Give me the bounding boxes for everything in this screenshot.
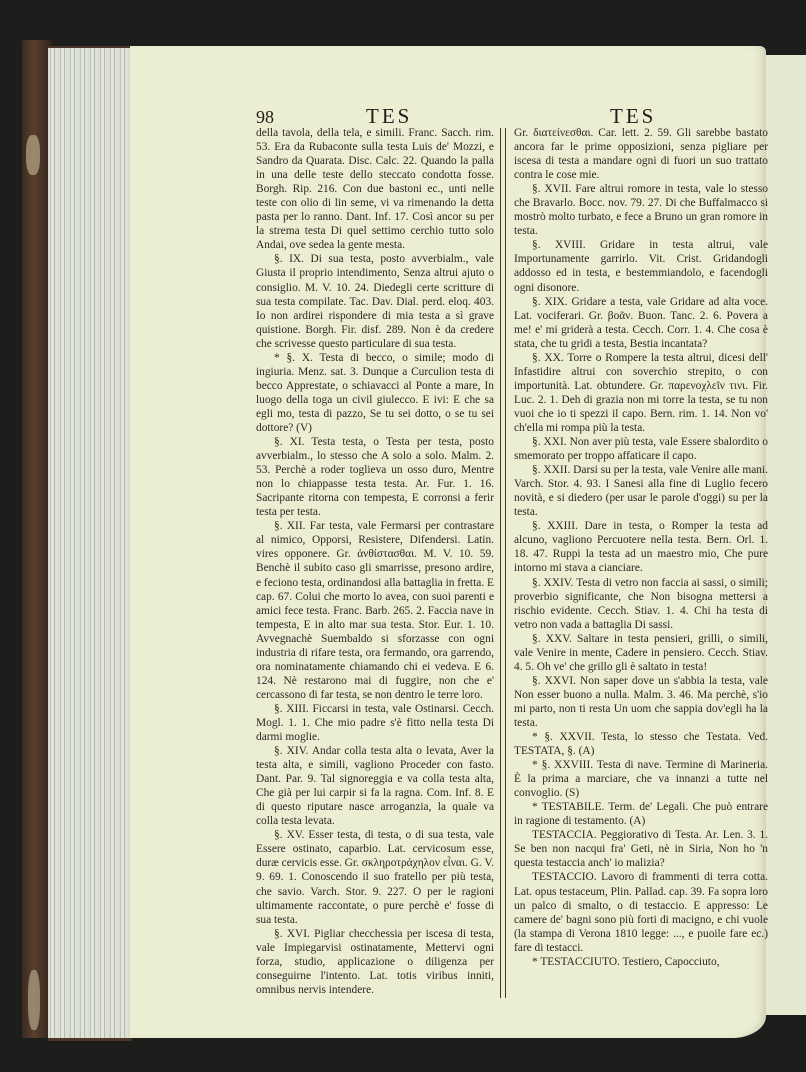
right-column: Gr. διατείνεσθαι. Car. lett. 2. 59. Gli … xyxy=(514,126,768,969)
left-column: della tavola, della tela, e simili. Fran… xyxy=(256,126,494,997)
entry-paragraph: §. XVI. Pigliar checchessia per iscesa d… xyxy=(256,927,494,997)
entry-paragraph: TESTACCIA. Peggiorativo di Testa. Ar. Le… xyxy=(514,828,768,870)
entry-paragraph: §. XXI. Non aver più testa, vale Essere … xyxy=(514,435,768,463)
entry-paragraph: §. XXII. Darsi su per la testa, vale Ven… xyxy=(514,463,768,519)
facing-page-edge xyxy=(764,55,806,1015)
entry-paragraph: §. XV. Esser testa, di testa, o di sua t… xyxy=(256,828,494,926)
entry-paragraph: della tavola, della tela, e simili. Fran… xyxy=(256,126,494,252)
column-divider xyxy=(500,128,506,998)
entry-paragraph: §. XX. Torre o Rompere la testa altrui, … xyxy=(514,351,768,435)
page-stack-edges xyxy=(48,46,132,1041)
page-header: 98 TES TES xyxy=(130,104,766,126)
book-page: 98 TES TES della tavola, della tela, e s… xyxy=(130,46,766,1038)
entry-paragraph: §. XIV. Andar colla testa alta o levata,… xyxy=(256,744,494,828)
entry-paragraph: §. XII. Far testa, vale Fermarsi per con… xyxy=(256,519,494,702)
entry-paragraph: §. XXV. Saltare in testa pensieri, grill… xyxy=(514,632,768,674)
entry-paragraph: * TESTACCIUTO. Testiero, Capocciuto, xyxy=(514,955,768,969)
entry-paragraph: §. XVII. Fare altrui romore in testa, va… xyxy=(514,182,768,238)
entry-paragraph: §. XI. Testa testa, o Testa per testa, p… xyxy=(256,435,494,519)
entry-paragraph: Gr. διατείνεσθαι. Car. lett. 2. 59. Gli … xyxy=(514,126,768,182)
entry-paragraph: §. XIII. Ficcarsi in testa, vale Ostinar… xyxy=(256,702,494,744)
page-number: 98 xyxy=(256,107,274,128)
entry-paragraph: * TESTABILE. Term. de' Legali. Che può e… xyxy=(514,800,768,828)
entry-paragraph: TESTACCIO. Lavoro di frammenti di terra … xyxy=(514,870,768,954)
entry-paragraph: §. XXVI. Non saper dove un s'abbia la te… xyxy=(514,674,768,730)
entry-paragraph: * §. XXVIII. Testa di nave. Termine di M… xyxy=(514,758,768,800)
entry-paragraph: §. XVIII. Gridare in testa altrui, vale … xyxy=(514,238,768,294)
entry-paragraph: §. IX. Di sua testa, posto avverbialm., … xyxy=(256,252,494,350)
entry-paragraph: * §. XXVII. Testa, lo stesso che Testata… xyxy=(514,730,768,758)
entry-paragraph: §. XIX. Gridare a testa, vale Gridare ad… xyxy=(514,295,768,351)
entry-paragraph: §. XXIII. Dare in testa, o Romper la tes… xyxy=(514,519,768,575)
entry-paragraph: §. XXIV. Testa di vetro non faccia ai sa… xyxy=(514,576,768,632)
entry-paragraph: * §. X. Testa di becco, o simile; modo d… xyxy=(256,351,494,435)
